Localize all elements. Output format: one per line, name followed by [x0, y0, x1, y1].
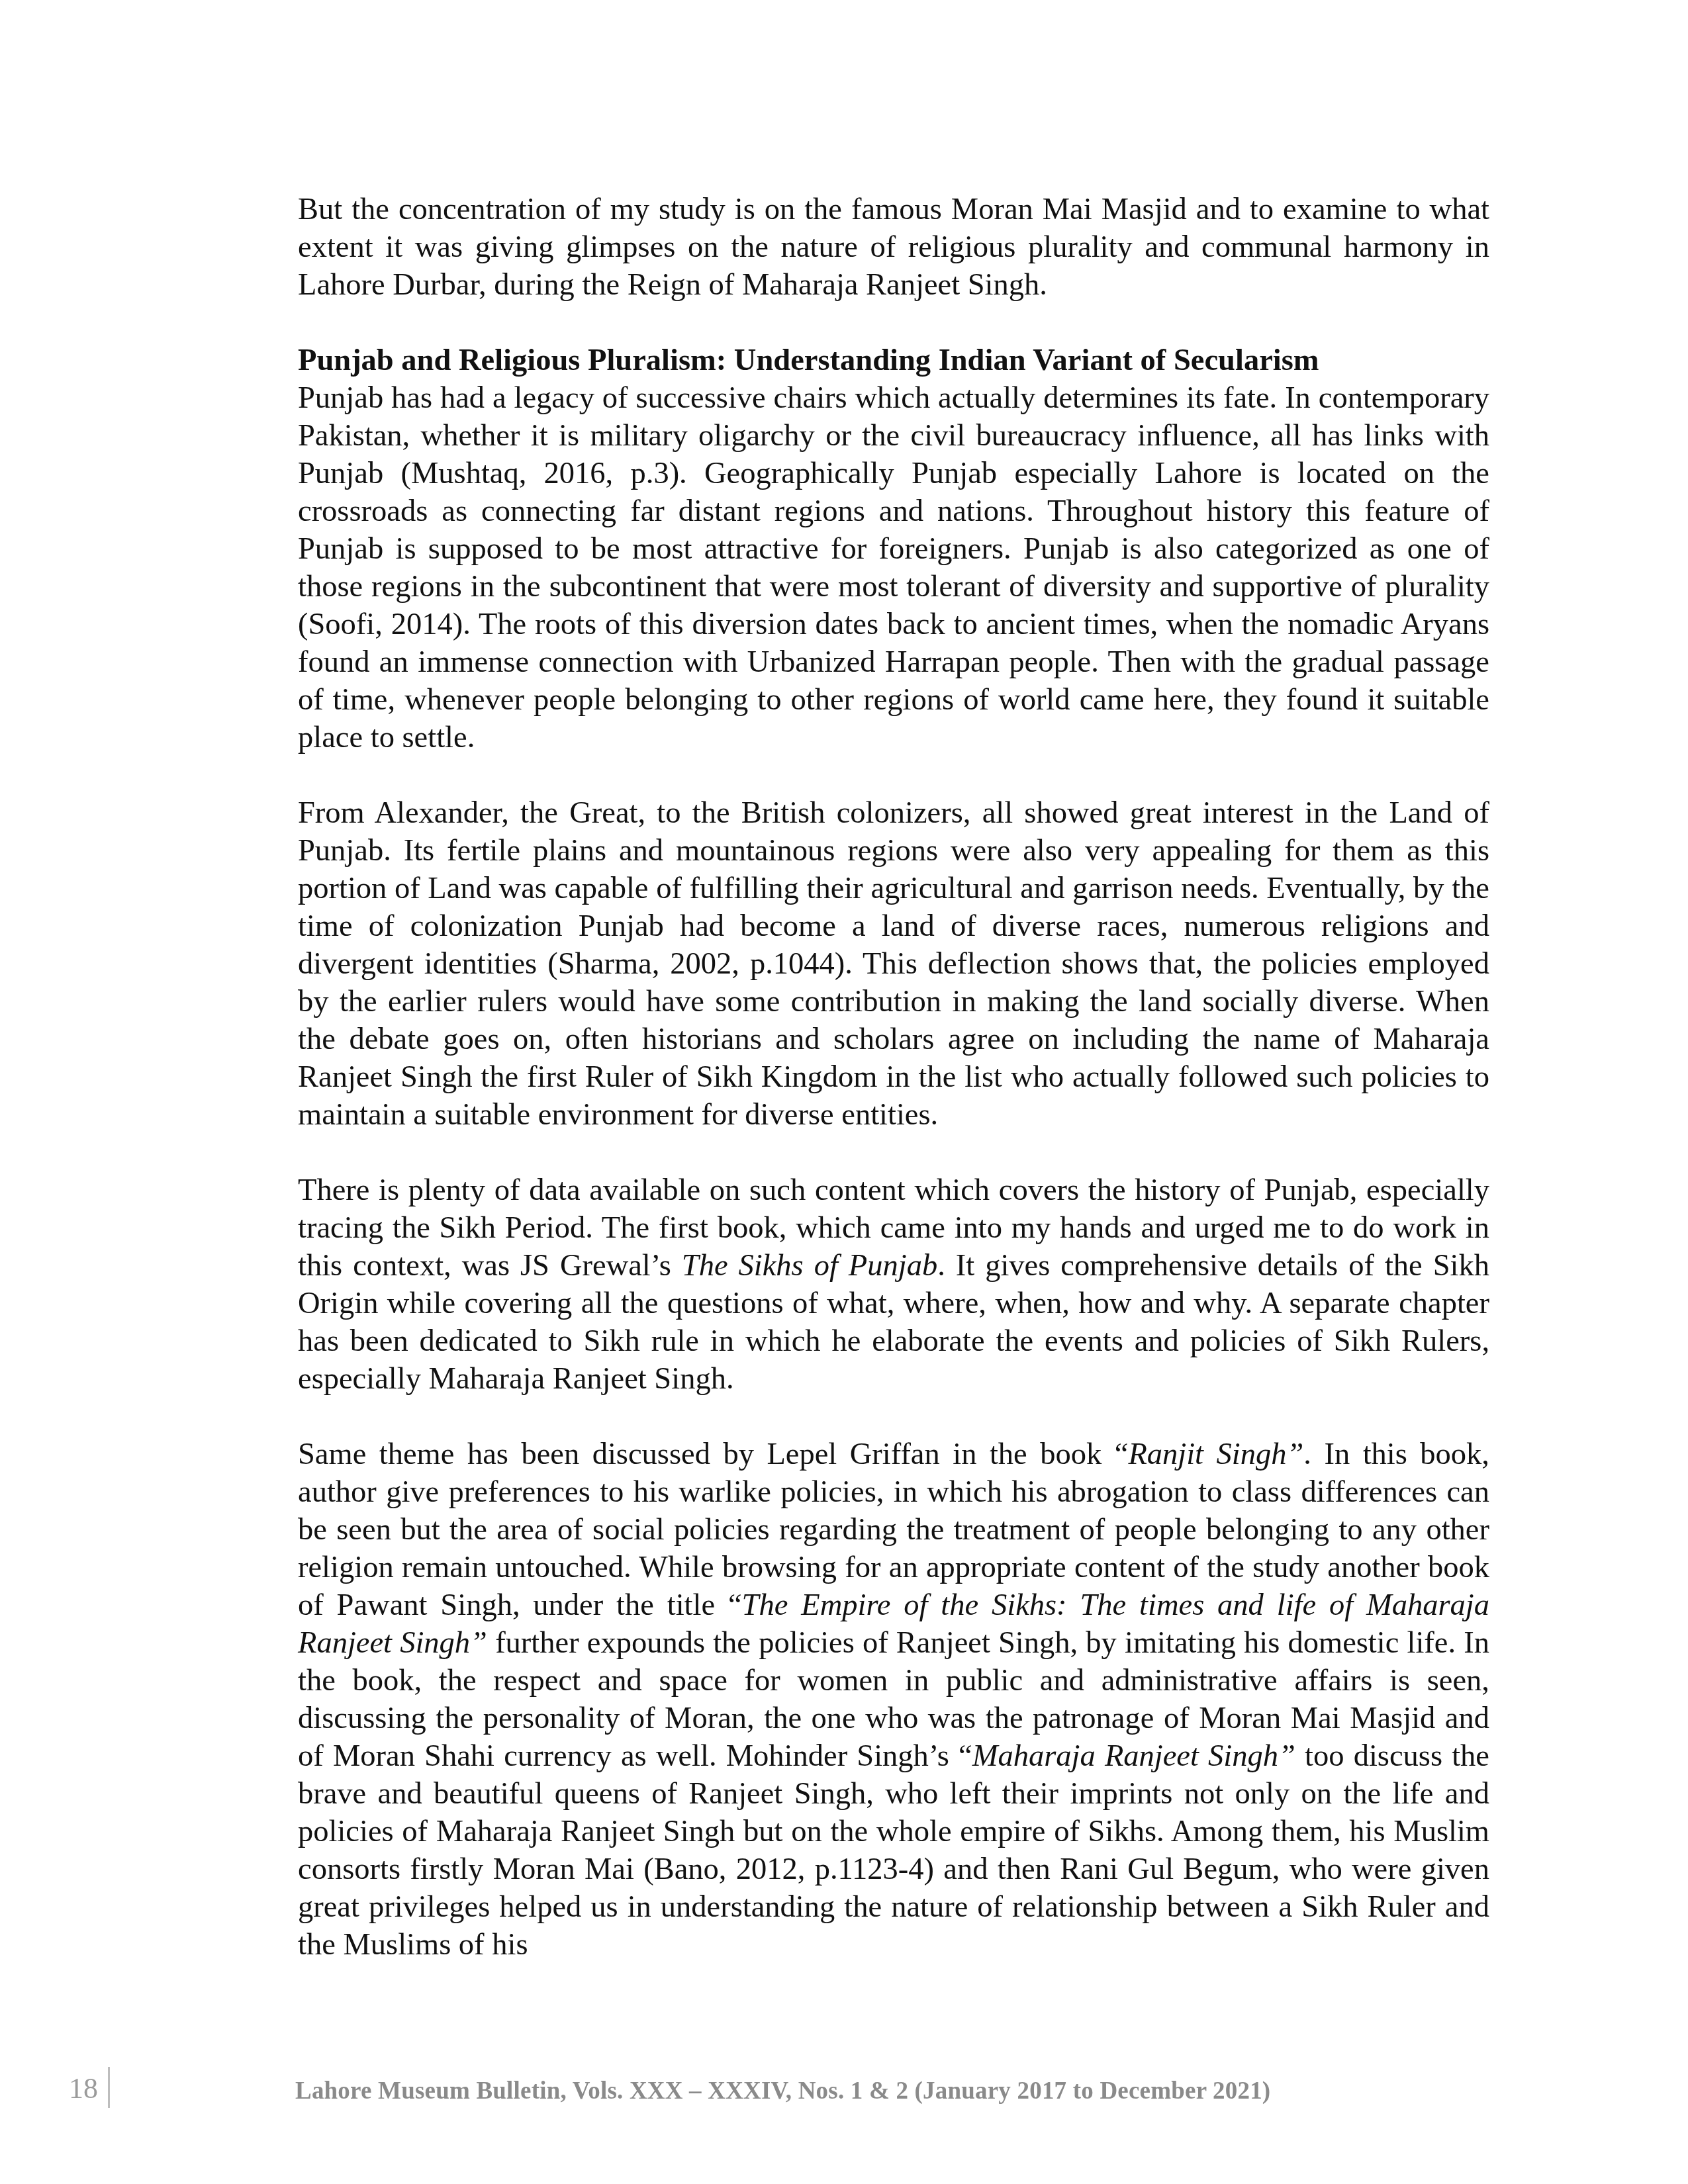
paragraph-punjab-legacy: Punjab has had a legacy of successive ch… [298, 379, 1489, 756]
paragraph-alexander-to-british: From Alexander, the Great, to the Britis… [298, 794, 1489, 1134]
page-number: 18 [69, 2071, 98, 2106]
paragraph-sources-griffan: Same theme has been discussed by Lepel G… [298, 1435, 1489, 1964]
page-footer: 18 Lahore Museum Bulletin, Vols. XXX – X… [0, 2070, 1688, 2110]
book-title: Maharaja Ranjeet Singh” [972, 1739, 1295, 1773]
text-span: Same theme has been discussed by Lepel G… [298, 1437, 1128, 1471]
paragraph-intro: But the concentration of my study is on … [298, 191, 1489, 304]
section-heading: Punjab and Religious Pluralism: Understa… [298, 341, 1489, 379]
footer-divider [108, 2067, 110, 2108]
paragraph-sources-grewal: There is plenty of data available on suc… [298, 1171, 1489, 1398]
book-title: Ranjit Singh” [1128, 1437, 1303, 1471]
book-title: The Sikhs of Punjab [682, 1249, 937, 1283]
bulletin-citation: Lahore Museum Bulletin, Vols. XXX – XXXI… [295, 2077, 1270, 2106]
page-body: But the concentration of my study is on … [298, 191, 1489, 1964]
